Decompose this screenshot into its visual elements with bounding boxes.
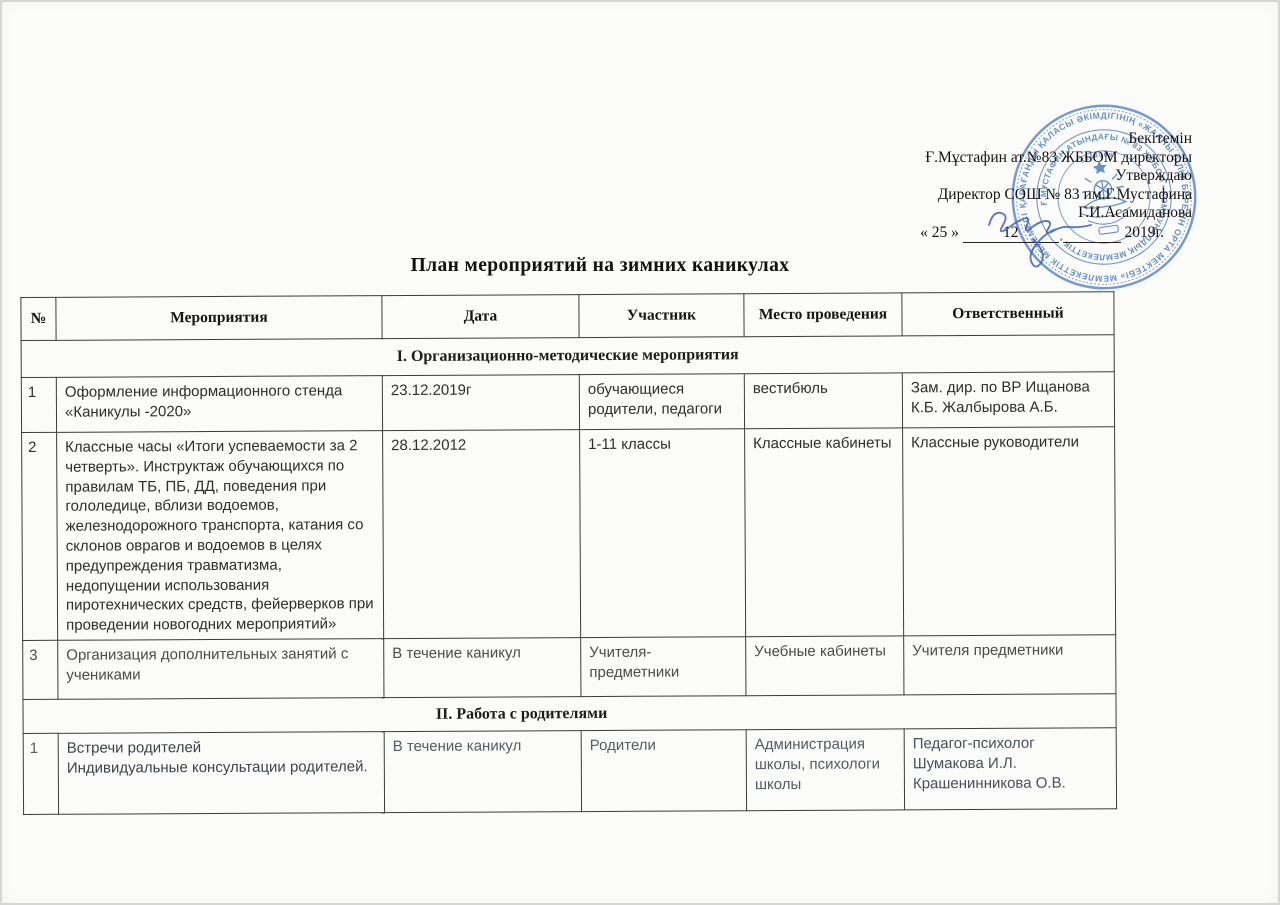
cell-event: Классные часы «Итоги успеваемости за 2 ч… — [57, 431, 384, 641]
events-table: № Мероприятия Дата Участник Место провед… — [20, 291, 1117, 815]
cell-place: Учебные кабинеты — [746, 636, 904, 696]
header-participant: Участник — [579, 294, 744, 338]
cell-responsible: Учителя предметники — [904, 635, 1116, 695]
date-day: « 25 » — [920, 224, 959, 241]
cell-event: Оформление информационного стенда «Каник… — [56, 376, 382, 433]
table-header-row: № Мероприятия Дата Участник Место провед… — [21, 292, 1114, 341]
cell-place: Классные кабинеты — [745, 428, 904, 637]
events-table-container: № Мероприятия Дата Участник Место провед… — [20, 291, 1116, 815]
table-row: 3 Организация дополнительных занятий с у… — [23, 635, 1116, 700]
cell-date: В течение каникул — [384, 638, 581, 698]
cell-participant: Родители — [581, 730, 746, 812]
cell-participant: Учителя-предметники — [581, 637, 746, 697]
approval-line-director: Директор СОШ № 83 им.Г.Мустафина — [772, 186, 1192, 205]
section-1-title: І. Организационно-методические мероприят… — [21, 335, 1114, 378]
cell-num: 1 — [23, 733, 58, 814]
cell-place: Администрация школы, психологи школы — [746, 729, 904, 811]
header-num: № — [21, 297, 56, 340]
director-signature — [985, 203, 1175, 273]
cell-responsible: Педагог-психолог Шумакова И.Л. Крашенинн… — [904, 728, 1116, 810]
cell-event: Встречи родителей Индивидуальные консуль… — [58, 732, 384, 815]
table-row: 1 Встречи родителей Индивидуальные консу… — [23, 728, 1116, 815]
header-date: Дата — [382, 295, 579, 339]
cell-num: 3 — [23, 640, 58, 699]
cell-responsible: Классные руководители — [903, 427, 1116, 636]
cell-num: 1 — [21, 377, 56, 432]
cell-num: 2 — [22, 432, 58, 640]
approval-line-ru: Утверждаю — [772, 167, 1192, 186]
header-responsible: Ответственный — [902, 292, 1114, 336]
cell-participant: обучающиеся родители, педагоги — [579, 374, 744, 430]
approval-line-school-kk: Ғ.Мұстафин ат.№83 ЖББОМ директоры — [772, 149, 1192, 168]
cell-place: вестибюль — [744, 373, 902, 429]
cell-event: Организация дополнительных занятий с уче… — [58, 639, 384, 700]
cell-participant: 1-11 классы — [580, 429, 746, 638]
header-place: Место проведения — [744, 293, 902, 337]
cell-responsible: Зам. дир. по ВР Ищанова К.Б. Жалбырова А… — [902, 372, 1114, 428]
section-2-title: ІІ. Работа с родителями — [436, 703, 608, 725]
table-row: 2 Классные часы «Итоги успеваемости за 2… — [22, 427, 1116, 641]
cell-date: 28.12.2012 — [383, 430, 581, 639]
approval-line-kk: Бекітемін — [772, 130, 1192, 149]
cell-date: В течение каникул — [384, 731, 581, 813]
section-row-2: ІІ. Работа с родителями — [23, 694, 1116, 734]
table-row: 1 Оформление информационного стенда «Кан… — [21, 372, 1114, 433]
cell-date: 23.12.2019г — [382, 375, 579, 431]
scanned-document-page: ҚАРАҒАНДЫ ҚАЛАСЫ ӘКІМДІГІНІҢ «ЖАЛПЫ БІЛІ… — [0, 0, 1280, 905]
section-row-1: І. Организационно-методические мероприят… — [21, 335, 1114, 378]
header-event: Мероприятия — [56, 296, 382, 341]
